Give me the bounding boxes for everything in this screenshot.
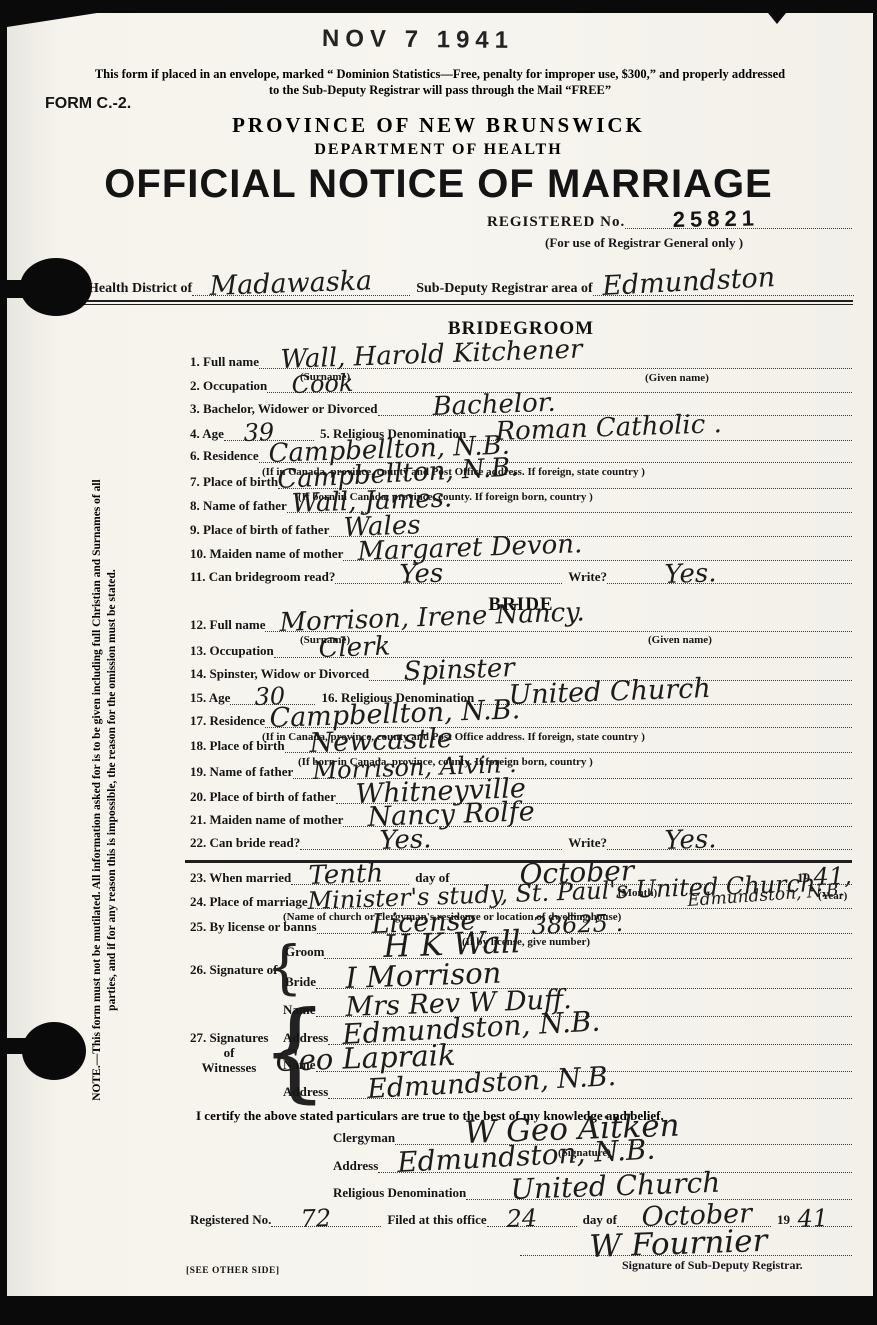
mailing-instruction-line2: to the Sub-Deputy Registrar will pass th… (40, 83, 840, 98)
registrar-signature-note: Signature of Sub-Deputy Registrar. (622, 1258, 803, 1273)
bride-label: Bride (285, 975, 316, 989)
field-label: 12. Full name (190, 618, 265, 632)
clergyman-label: Clergyman (333, 1131, 395, 1145)
field-label: 14. Spinster, Widow or Divorced (190, 667, 369, 681)
divider-rule (62, 304, 853, 305)
field-label: 1. Full name (190, 355, 259, 369)
address-label: Address (333, 1159, 378, 1173)
margin-note-line1: NOTE.—This form must not be mutilated. A… (90, 442, 105, 1138)
write-label: Write? (562, 836, 607, 850)
dotted-line: Yes. (300, 832, 562, 850)
scan-edge-bottom (0, 1296, 877, 1325)
handwritten-value: Cook (291, 371, 354, 397)
registrar-general-note: (For use of Registrar General only ) (545, 235, 743, 251)
district-field: Sub-Health District of Madawaska Sub-Dep… (60, 279, 854, 296)
field-groom-signature: Groom H K Wall (285, 942, 852, 959)
field-label: 20. Place of birth of father (190, 790, 336, 804)
field-label: 2. Occupation (190, 379, 267, 393)
registered-no-value: 72 (301, 1206, 332, 1231)
handwritten-value: United Church (508, 675, 711, 709)
handwritten-value: Yes (400, 560, 445, 588)
field-clergyman-denomination: Religious Denomination United Church (333, 1183, 852, 1200)
field-label: 18. Place of birth (190, 739, 285, 753)
dotted-line: 41 (790, 1209, 852, 1227)
license-number-value: 38625 . (531, 911, 623, 938)
form-code: FORM C.-2. (45, 95, 131, 113)
dotted-line: Wall, James. (287, 495, 852, 513)
denomination-label: Religious Denomination (333, 1186, 466, 1200)
field-label: 23. When married (190, 871, 291, 885)
dotted-line: Edmundston (593, 278, 854, 296)
field-label: 22. Can bride read? (190, 836, 300, 850)
dotted-line: Morrison, Alvin . (293, 761, 852, 779)
province-heading: PROVINCE OF NEW BRUNSWICK (0, 113, 877, 138)
scan-notch-artifact (768, 13, 786, 24)
witnesses-label-line1: 27. Signatures (190, 1030, 268, 1045)
field-groom-literacy: 11. Can bridegroom read? Yes Write? Yes. (190, 567, 852, 584)
day-of-label: day of (577, 1213, 617, 1227)
field-label: 4. Age (190, 427, 224, 441)
scan-edge-top (0, 0, 877, 13)
scan-edge-left (0, 0, 7, 1325)
groom-label: Groom (285, 945, 324, 959)
see-other-side-note: [SEE OTHER SIDE] (186, 1266, 280, 1276)
handwritten-value: Yes. (379, 826, 432, 854)
field-label: 13. Occupation (190, 644, 274, 658)
dotted-line: Morrison, Irene Nancy. (265, 614, 852, 632)
dotted-line: H K Wall (324, 941, 852, 959)
margin-note-line2: parties, and if for any reason this is i… (105, 442, 120, 1138)
field-label: 25. By license or banns (190, 920, 317, 934)
denomination-value: United Church (510, 1169, 721, 1204)
field-label: 15. Age (190, 691, 230, 705)
field-label: 10. Maiden name of mother (190, 547, 343, 561)
dotted-line: Roman Catholic . (466, 423, 852, 441)
scanned-marriage-notice: NOV 7 1941 This form if placed in an env… (0, 0, 877, 1325)
field-bride-mother: 21. Maiden name of mother Nancy Rolfe (190, 810, 852, 827)
field-label: 7. Place of birth (190, 475, 278, 489)
handwritten-value: Yes. (664, 826, 717, 854)
year-prefix: 19 (771, 1213, 790, 1227)
margin-note: NOTE.—This form must not be mutilated. A… (90, 442, 124, 1138)
dotted-line: United Church (466, 1182, 852, 1200)
field-label: 3. Bachelor, Widower or Divorced (190, 402, 378, 416)
dotted-line: Madawaska (192, 278, 410, 296)
handwritten-value: Spinster (403, 655, 515, 685)
dotted-line: 72 (271, 1209, 381, 1227)
field-label: 8. Name of father (190, 499, 287, 513)
page-title: OFFICIAL NOTICE OF MARRIAGE (0, 162, 877, 207)
field-label: 19. Name of father (190, 765, 293, 779)
registered-no-value: 25821 (673, 207, 760, 231)
dotted-line: Yes. (607, 832, 852, 850)
field-groom-fullname: 1. Full name Wall, Harold Kitchener (190, 352, 852, 369)
handwritten-value: Margaret Devon. (358, 531, 584, 565)
witnesses-label-line2: of (190, 1045, 268, 1060)
dotted-line: I Morrison (316, 971, 852, 989)
registrar-area-value: Edmundston (601, 264, 775, 300)
registered-no-field: REGISTERED No. 25821 (487, 212, 852, 229)
field-bride-residence: 17. Residence Campbellton, N.B. (190, 711, 852, 728)
dotted-line: 24 (487, 1209, 577, 1227)
field-label: 21. Maiden name of mother (190, 813, 343, 827)
field-bride-literacy: 22. Can bride read? Yes. Write? Yes. (190, 833, 852, 850)
department-heading: DEPARTMENT OF HEALTH (0, 141, 877, 159)
field-label: 11. Can bridegroom read? (190, 570, 335, 584)
field-groom-residence: 6. Residence Campbellton, N.B. (190, 446, 852, 463)
handwritten-value: Yes. (664, 560, 717, 588)
witnesses-label-line3: Witnesses (190, 1060, 268, 1075)
write-label: Write? (562, 570, 607, 584)
registrar-area-label: Sub-Deputy Registrar area of (410, 282, 592, 296)
dotted-line: United Church (474, 687, 852, 705)
filed-day-value: 24 (506, 1206, 537, 1231)
district-value: Madawaska (209, 267, 372, 300)
address-label: Address (283, 1085, 328, 1099)
field-label: 9. Place of birth of father (190, 523, 329, 537)
field-bride-fullname: 12. Full name Morrison, Irene Nancy. (190, 615, 852, 632)
field-groom-status: 3. Bachelor, Widower or Divorced Bachelo… (190, 399, 852, 416)
field-license-or-banns: 25. By license or banns License 38625 . (190, 917, 852, 934)
hole-punch-tail (0, 1038, 30, 1054)
dotted-line: 25821 (625, 211, 852, 229)
witnesses-label: 27. Signatures of Witnesses (190, 1030, 268, 1075)
dotted-line: Yes (335, 566, 562, 584)
dotted-line: Newcastle (285, 735, 852, 753)
handwritten-value: Roman Catholic . (495, 411, 722, 445)
dotted-line: Yes. (607, 566, 852, 584)
registrar-signature-line: W Fournier (520, 1238, 852, 1256)
filed-label: Filed at this office (381, 1213, 486, 1227)
field-bride-occupation: 13. Occupation Clerk (190, 641, 852, 658)
scan-corner-artifact (7, 13, 97, 27)
dotted-line: Wall, Harold Kitchener (259, 351, 852, 369)
hole-punch (22, 1022, 86, 1080)
signature-of-label: 26. Signature of (190, 963, 278, 977)
filed-year-value: 41 (797, 1206, 828, 1231)
field-bride-birthplace: 18. Place of birth Newcastle (190, 736, 852, 753)
field-bride-status: 14. Spinster, Widow or Divorced Spinster (190, 664, 852, 681)
registered-no-label: Registered No. (190, 1213, 271, 1227)
divider-rule (62, 300, 853, 302)
field-label: 17. Residence (190, 714, 265, 728)
handwritten-value: Clerk (318, 634, 391, 662)
field-groom-father: 8. Name of father Wall, James. (190, 496, 852, 513)
field-groom-birthplace: 7. Place of birth Campbellton, N.B. (190, 472, 852, 489)
dotted-line: Edmundston, N.B. (328, 1081, 852, 1099)
dotted-line: Tenth (291, 867, 409, 885)
field-label: 6. Residence (190, 449, 259, 463)
field-groom-mother: 10. Maiden name of mother Margaret Devon… (190, 544, 852, 561)
mailing-instruction-line1: This form if placed in an envelope, mark… (40, 66, 840, 82)
field-label: 24. Place of marriage (190, 895, 308, 909)
date-received-stamp: NOV 7 1941 (322, 25, 514, 55)
registered-no-label: REGISTERED No. (487, 215, 625, 229)
scan-edge-right (873, 0, 877, 1325)
hole-punch-tail (0, 280, 34, 298)
name-label: Name (283, 1003, 316, 1017)
dotted-line: Campbellton, N.B. (265, 710, 852, 728)
dotted-line: Clerk (274, 640, 852, 658)
field-witness2-address: Address Edmundston, N.B. (283, 1082, 852, 1099)
dotted-line: Cook (267, 375, 852, 393)
